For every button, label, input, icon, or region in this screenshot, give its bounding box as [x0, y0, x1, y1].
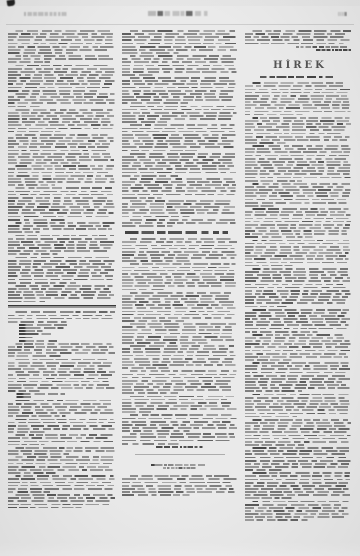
text-line	[245, 397, 352, 399]
paragraph-block	[8, 93, 116, 107]
text-line	[8, 374, 116, 376]
text-line	[122, 408, 238, 410]
text-line	[122, 333, 238, 335]
text-line	[122, 74, 238, 76]
text-line	[245, 249, 352, 251]
text-line	[245, 428, 352, 430]
text-line	[245, 30, 352, 32]
text-line	[8, 65, 116, 67]
text-line	[8, 337, 116, 339]
text-line	[8, 241, 116, 243]
text-line	[122, 153, 238, 155]
text-line	[8, 390, 116, 392]
text-line	[245, 334, 352, 336]
text-line	[245, 491, 352, 493]
text-line	[122, 33, 238, 35]
text-line	[8, 497, 116, 499]
text-line	[122, 146, 238, 148]
text-line	[8, 228, 116, 230]
text-line	[122, 414, 238, 416]
text-line	[8, 469, 116, 471]
text-line	[8, 434, 116, 436]
text-line	[8, 257, 116, 259]
text-line	[125, 231, 234, 234]
text-line	[8, 349, 116, 351]
text-line	[245, 195, 352, 197]
text-line	[122, 348, 238, 350]
text-line	[245, 321, 352, 323]
text-line	[8, 450, 116, 452]
text-line	[245, 375, 352, 377]
text-line	[122, 418, 238, 420]
text-line	[8, 415, 116, 417]
text-line	[245, 161, 352, 163]
text-line	[8, 159, 116, 161]
text-line	[8, 500, 116, 502]
paragraph-block	[8, 187, 116, 220]
text-line	[122, 178, 238, 180]
paragraph-block	[8, 55, 116, 63]
text-line	[122, 304, 238, 306]
text-line	[122, 267, 238, 269]
text-line	[245, 384, 352, 386]
text-line	[8, 99, 116, 101]
text-line	[122, 326, 238, 328]
text-line	[163, 467, 198, 469]
text-line	[122, 58, 238, 60]
text-line	[296, 46, 352, 48]
text-line	[8, 447, 116, 449]
text-line	[8, 55, 116, 57]
paragraph-block	[245, 30, 352, 44]
text-line	[8, 396, 116, 398]
text-line	[122, 292, 238, 294]
text-line	[122, 225, 238, 227]
paragraph-block	[8, 494, 116, 508]
text-line	[8, 272, 116, 274]
text-line	[8, 406, 116, 408]
paragraph-block	[8, 134, 116, 164]
text-line	[8, 128, 116, 130]
text-line	[245, 186, 352, 188]
text-line	[245, 82, 352, 84]
text-line	[245, 177, 352, 179]
text-line	[8, 456, 116, 458]
text-line	[122, 143, 238, 145]
text-line	[122, 488, 238, 490]
text-line	[122, 421, 238, 423]
text-line	[245, 516, 352, 518]
text-line	[8, 143, 116, 145]
paragraph-block	[122, 106, 238, 124]
text-line	[122, 254, 238, 256]
text-line	[8, 475, 116, 477]
text-line	[122, 159, 238, 161]
text-line	[245, 290, 352, 292]
text-line	[8, 419, 116, 421]
paragraph-block	[8, 343, 116, 357]
text-line	[8, 453, 116, 455]
text-line	[245, 92, 352, 94]
text-line	[8, 400, 116, 402]
paragraph-block	[8, 30, 116, 54]
text-line	[122, 106, 238, 108]
text-line	[245, 365, 352, 367]
text-line	[8, 444, 116, 446]
newspaper-column-middle	[122, 30, 238, 546]
text-line	[122, 279, 238, 281]
paragraph-block	[8, 419, 116, 433]
text-line	[122, 440, 238, 442]
text-line	[8, 52, 116, 54]
text-line	[245, 350, 352, 352]
text-line	[245, 167, 352, 169]
text-line	[122, 172, 238, 174]
text-line	[122, 131, 238, 133]
text-line	[122, 209, 238, 211]
text-line	[245, 214, 352, 216]
text-line	[8, 494, 116, 496]
text-line	[245, 142, 352, 144]
text-line	[245, 340, 352, 342]
text-line	[122, 190, 238, 192]
text-line	[8, 58, 116, 60]
text-line	[8, 437, 116, 439]
text-line	[122, 39, 238, 41]
text-line	[245, 362, 352, 364]
text-line	[245, 252, 352, 254]
paragraph-block	[122, 345, 238, 369]
text-line	[245, 422, 352, 424]
text-line	[122, 370, 238, 372]
text-line	[8, 83, 116, 85]
text-line	[8, 71, 116, 73]
text-line	[8, 150, 116, 152]
text-line	[122, 219, 238, 221]
text-line	[122, 436, 238, 438]
text-line	[8, 403, 116, 405]
text-line	[245, 123, 352, 125]
text-line	[8, 352, 116, 354]
text-line	[245, 284, 352, 286]
text-line	[122, 222, 238, 224]
paragraph-block	[122, 219, 238, 227]
text-line	[8, 134, 116, 136]
text-line	[245, 337, 352, 339]
text-line	[245, 296, 352, 298]
text-line	[245, 155, 352, 157]
text-line	[122, 345, 238, 347]
text-line	[245, 277, 352, 279]
section-divider-heavy-rule	[8, 305, 116, 309]
text-line	[245, 482, 352, 484]
text-line	[122, 156, 238, 158]
text-line	[8, 74, 116, 76]
paragraph-block	[245, 117, 352, 144]
text-line	[245, 441, 352, 443]
text-line	[122, 355, 238, 357]
text-line	[8, 393, 116, 395]
text-line	[122, 115, 238, 117]
text-line	[122, 367, 238, 369]
text-line	[122, 276, 238, 278]
text-line	[245, 387, 352, 389]
text-line	[245, 120, 352, 122]
text-line	[245, 519, 352, 521]
paragraph-block	[8, 65, 116, 92]
text-line	[8, 222, 116, 224]
paragraph-block	[122, 263, 238, 290]
text-line	[8, 131, 116, 133]
text-line	[245, 221, 352, 223]
paragraph-block	[122, 396, 238, 414]
paragraph-block	[245, 419, 352, 446]
text-line	[8, 49, 116, 51]
text-line	[8, 115, 116, 117]
text-line	[8, 30, 116, 32]
text-line	[8, 178, 116, 180]
text-line	[245, 378, 352, 380]
paragraph-block	[122, 292, 238, 322]
text-line	[245, 438, 352, 440]
text-line	[122, 320, 238, 322]
text-line	[8, 238, 116, 240]
text-line	[245, 400, 352, 402]
paragraph-block	[8, 447, 116, 455]
text-line	[245, 293, 352, 295]
paragraph-block	[245, 394, 352, 418]
text-line	[8, 384, 116, 386]
text-line	[122, 150, 238, 152]
text-line	[245, 485, 352, 487]
text-line	[122, 295, 238, 297]
text-line	[245, 230, 352, 232]
text-line	[122, 43, 238, 45]
text-line	[8, 482, 116, 484]
text-line	[8, 330, 116, 332]
paragraph-block	[245, 268, 352, 307]
text-line	[8, 61, 116, 63]
text-line	[8, 431, 116, 433]
text-line	[245, 331, 352, 333]
text-line	[8, 355, 116, 357]
text-line	[122, 238, 238, 240]
text-line	[8, 206, 116, 208]
text-line	[8, 359, 116, 361]
text-line	[245, 353, 352, 355]
text-line	[122, 137, 238, 139]
text-line	[8, 279, 116, 281]
paragraph-block	[122, 178, 238, 199]
text-line	[122, 380, 238, 382]
text-line	[245, 372, 352, 374]
text-line	[245, 343, 352, 345]
text-line	[8, 318, 116, 320]
paragraph-block	[122, 370, 238, 394]
text-line	[8, 106, 116, 108]
text-line	[122, 285, 238, 287]
text-line	[245, 208, 352, 210]
text-line	[245, 173, 352, 175]
text-line	[245, 89, 352, 91]
text-line	[8, 93, 116, 95]
text-line	[8, 488, 116, 490]
paragraph-block	[8, 285, 116, 303]
paragraph-block	[245, 334, 352, 361]
text-line	[245, 170, 352, 172]
text-line	[245, 240, 352, 242]
text-line	[8, 181, 116, 183]
text-line	[245, 488, 352, 490]
text-line	[151, 464, 209, 466]
text-line	[245, 475, 352, 477]
text-line	[122, 361, 238, 363]
paragraph-block	[245, 240, 352, 267]
text-line	[245, 85, 352, 87]
text-line	[8, 156, 116, 158]
paragraph-block	[122, 200, 238, 218]
text-line	[245, 262, 352, 264]
text-line	[245, 390, 352, 392]
text-line	[122, 298, 238, 300]
paragraph-block	[245, 145, 352, 181]
text-line	[122, 396, 238, 398]
text-line	[122, 248, 238, 250]
paragraph-block	[245, 472, 352, 499]
text-line	[245, 466, 352, 468]
text-line	[245, 346, 352, 348]
text-line	[122, 494, 238, 496]
text-line	[122, 65, 238, 67]
text-line	[245, 107, 352, 109]
scan-artifact-smudge	[7, 0, 16, 7]
text-line	[245, 111, 352, 113]
text-line	[122, 140, 238, 142]
text-line	[8, 253, 116, 255]
text-line	[8, 291, 116, 293]
text-line	[122, 307, 238, 309]
text-line	[122, 251, 238, 253]
text-line	[8, 140, 116, 142]
text-line	[122, 90, 238, 92]
dialog-lines-block	[8, 324, 116, 342]
paragraph-block	[8, 434, 116, 445]
text-line	[122, 475, 238, 477]
text-line	[122, 99, 238, 101]
text-line	[245, 359, 352, 361]
text-line	[245, 306, 352, 308]
text-line	[8, 46, 116, 48]
text-line	[245, 136, 352, 138]
text-line	[245, 287, 352, 289]
text-line	[122, 241, 238, 243]
text-line	[245, 435, 352, 437]
text-line	[8, 311, 116, 313]
text-line	[245, 117, 352, 119]
text-line	[245, 243, 352, 245]
text-line	[245, 265, 352, 267]
text-line	[245, 409, 352, 411]
text-line	[122, 118, 238, 120]
text-line	[245, 469, 352, 471]
text-line	[8, 340, 116, 342]
text-line	[8, 36, 116, 38]
text-line	[122, 162, 238, 164]
text-line	[122, 389, 238, 391]
text-line	[245, 510, 352, 512]
text-line	[245, 148, 352, 150]
text-line	[245, 129, 352, 131]
text-line	[245, 497, 352, 499]
text-line	[122, 203, 238, 205]
text-line	[245, 479, 352, 481]
paragraph-block	[245, 447, 352, 471]
newspaper-column-right: HÍREK	[245, 30, 352, 546]
text-line	[8, 485, 116, 487]
text-line	[122, 80, 238, 82]
newspaper-column-left	[8, 30, 116, 546]
text-line	[245, 158, 352, 160]
text-line	[8, 422, 116, 424]
text-line	[8, 121, 116, 123]
text-line	[8, 327, 116, 329]
text-line	[245, 139, 352, 141]
spacer	[245, 52, 352, 60]
text-line	[245, 233, 352, 235]
text-line	[122, 430, 238, 432]
text-line	[8, 297, 116, 299]
text-line	[8, 266, 116, 268]
text-line	[245, 460, 352, 462]
paragraph-block	[122, 323, 238, 344]
text-line	[8, 118, 116, 120]
text-line	[245, 224, 352, 226]
text-line	[122, 109, 238, 111]
text-line	[8, 321, 116, 323]
text-line	[122, 96, 238, 98]
text-line	[245, 192, 352, 194]
text-line	[8, 191, 116, 193]
text-line	[8, 441, 116, 443]
text-line	[8, 80, 116, 82]
text-line	[8, 235, 116, 237]
text-line	[122, 181, 238, 183]
paragraph-block	[122, 238, 238, 262]
text-line	[8, 378, 116, 380]
text-line	[8, 225, 116, 227]
text-line	[8, 269, 116, 271]
text-line	[8, 153, 116, 155]
text-line	[122, 206, 238, 208]
text-line	[122, 386, 238, 388]
text-line	[8, 43, 116, 45]
text-line	[8, 365, 116, 367]
text-line	[122, 46, 238, 48]
text-line	[8, 368, 116, 370]
text-line	[245, 501, 352, 503]
text-line	[8, 294, 116, 296]
text-line	[245, 318, 352, 320]
text-line	[122, 433, 238, 435]
text-line	[245, 416, 352, 418]
section-heading-hirek: HÍREK	[245, 61, 352, 72]
text-line	[8, 219, 116, 221]
text-line	[122, 165, 238, 167]
text-line	[122, 87, 238, 89]
text-line	[122, 317, 238, 319]
text-line	[122, 392, 238, 394]
text-line	[245, 425, 352, 427]
